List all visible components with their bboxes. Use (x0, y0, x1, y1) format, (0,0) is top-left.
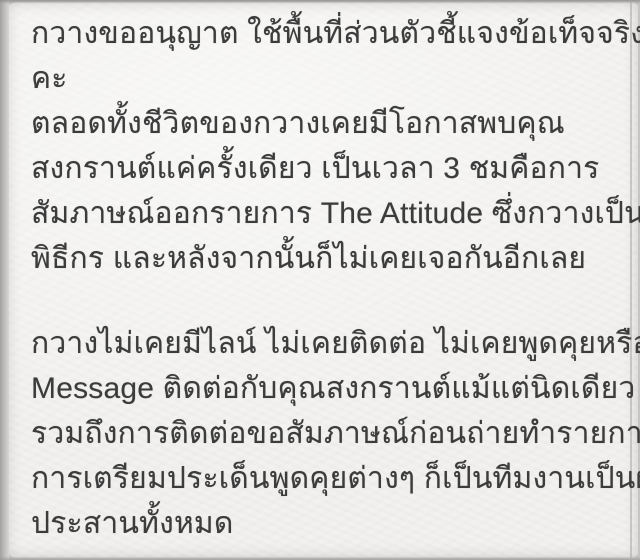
text-line: สัมภาษณ์ออกรายการ The Attitude ซึ่งกวางเ… (31, 191, 622, 236)
text-line: การเตรียมประเด็นพูดคุยต่างๆ ก็เป็นทีมงาน… (31, 456, 622, 501)
text-line: ตลอดทั้งชีวิตของกวางเคยมีโอกาสพบคุณ (31, 101, 622, 146)
text-line: ประสานทั้งหมด (31, 501, 622, 546)
text-line: กวางขออนุญาต ใช้พื้นที่ส่วนตัวชี้แจงข้อเ… (31, 11, 622, 56)
statement-photo: กวางขออนุญาต ใช้พื้นที่ส่วนตัวชี้แจงข้อเ… (0, 0, 640, 560)
text-line: สงกรานต์แค่ครั้งเดียว เป็นเวลา 3 ชมคือกา… (31, 146, 622, 191)
statement-text: กวางขออนุญาต ใช้พื้นที่ส่วนตัวชี้แจงข้อเ… (31, 11, 622, 546)
text-line: คะ (31, 56, 622, 101)
text-line: Message ติดต่อกับคุณสงกรานต์แม้แต่นิดเดี… (31, 366, 622, 411)
left-edge-shadow (0, 0, 9, 560)
paragraph-2: กวางไม่เคยมีไลน์ ไม่เคยติดต่อ ไม่เคยพูดค… (31, 321, 622, 546)
top-edge-shadow (0, 0, 640, 4)
bottom-edge-shadow (0, 556, 640, 560)
paragraph-1: กวางขออนุญาต ใช้พื้นที่ส่วนตัวชี้แจงข้อเ… (31, 11, 622, 281)
text-line: รวมถึงการติดต่อขอสัมภาษณ์ก่อนถ่ายทำรายกา… (31, 411, 622, 456)
text-line: พิธีกร และหลังจากนั้นก็ไม่เคยเจอกันอีกเล… (31, 236, 622, 281)
text-line: กวางไม่เคยมีไลน์ ไม่เคยติดต่อ ไม่เคยพูดค… (31, 321, 622, 366)
